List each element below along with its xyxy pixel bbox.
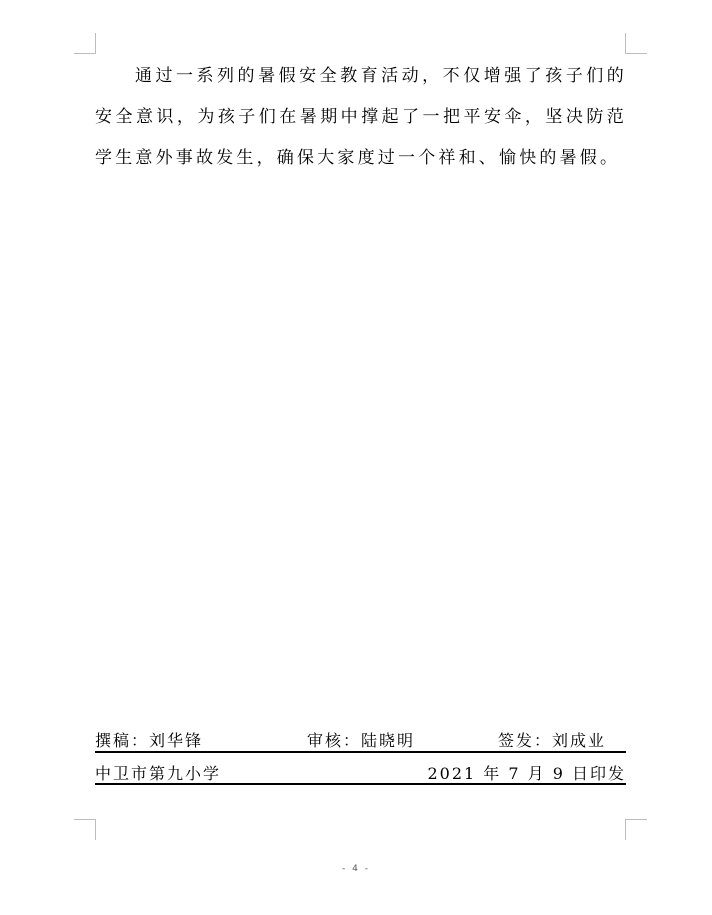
crop-mark-top-left-h: [74, 53, 96, 54]
signature-rule: [95, 751, 626, 753]
drafter: 撰稿：刘华锋: [95, 728, 203, 751]
body-paragraph: 通过一系列的暑假安全教育活动，不仅增强了孩子们的安全意识，为孩子们在暑期中撑起了…: [95, 56, 627, 179]
crop-mark-bottom-right-v: [625, 819, 626, 840]
signature-row: 撰稿：刘华锋 审核：陆晓明 签发：刘成业: [95, 728, 626, 750]
crop-mark-top-right-v: [625, 33, 626, 54]
crop-mark-bottom-left-h: [74, 819, 96, 820]
issue-rule: [95, 783, 626, 785]
crop-mark-top-right-h: [625, 53, 647, 54]
issue-date: 2021 年 7 月 9 日印发: [427, 761, 626, 784]
reviewer: 审核：陆晓明: [307, 728, 415, 751]
organization: 中卫市第九小学: [95, 761, 221, 784]
issue-row: 中卫市第九小学 2021 年 7 月 9 日印发: [95, 761, 626, 783]
page-number: - 4 -: [0, 864, 712, 874]
crop-mark-top-left-v: [95, 33, 96, 54]
issuer: 签发：刘成业: [498, 728, 606, 751]
crop-mark-bottom-left-v: [95, 819, 96, 840]
crop-mark-bottom-right-h: [625, 819, 647, 820]
